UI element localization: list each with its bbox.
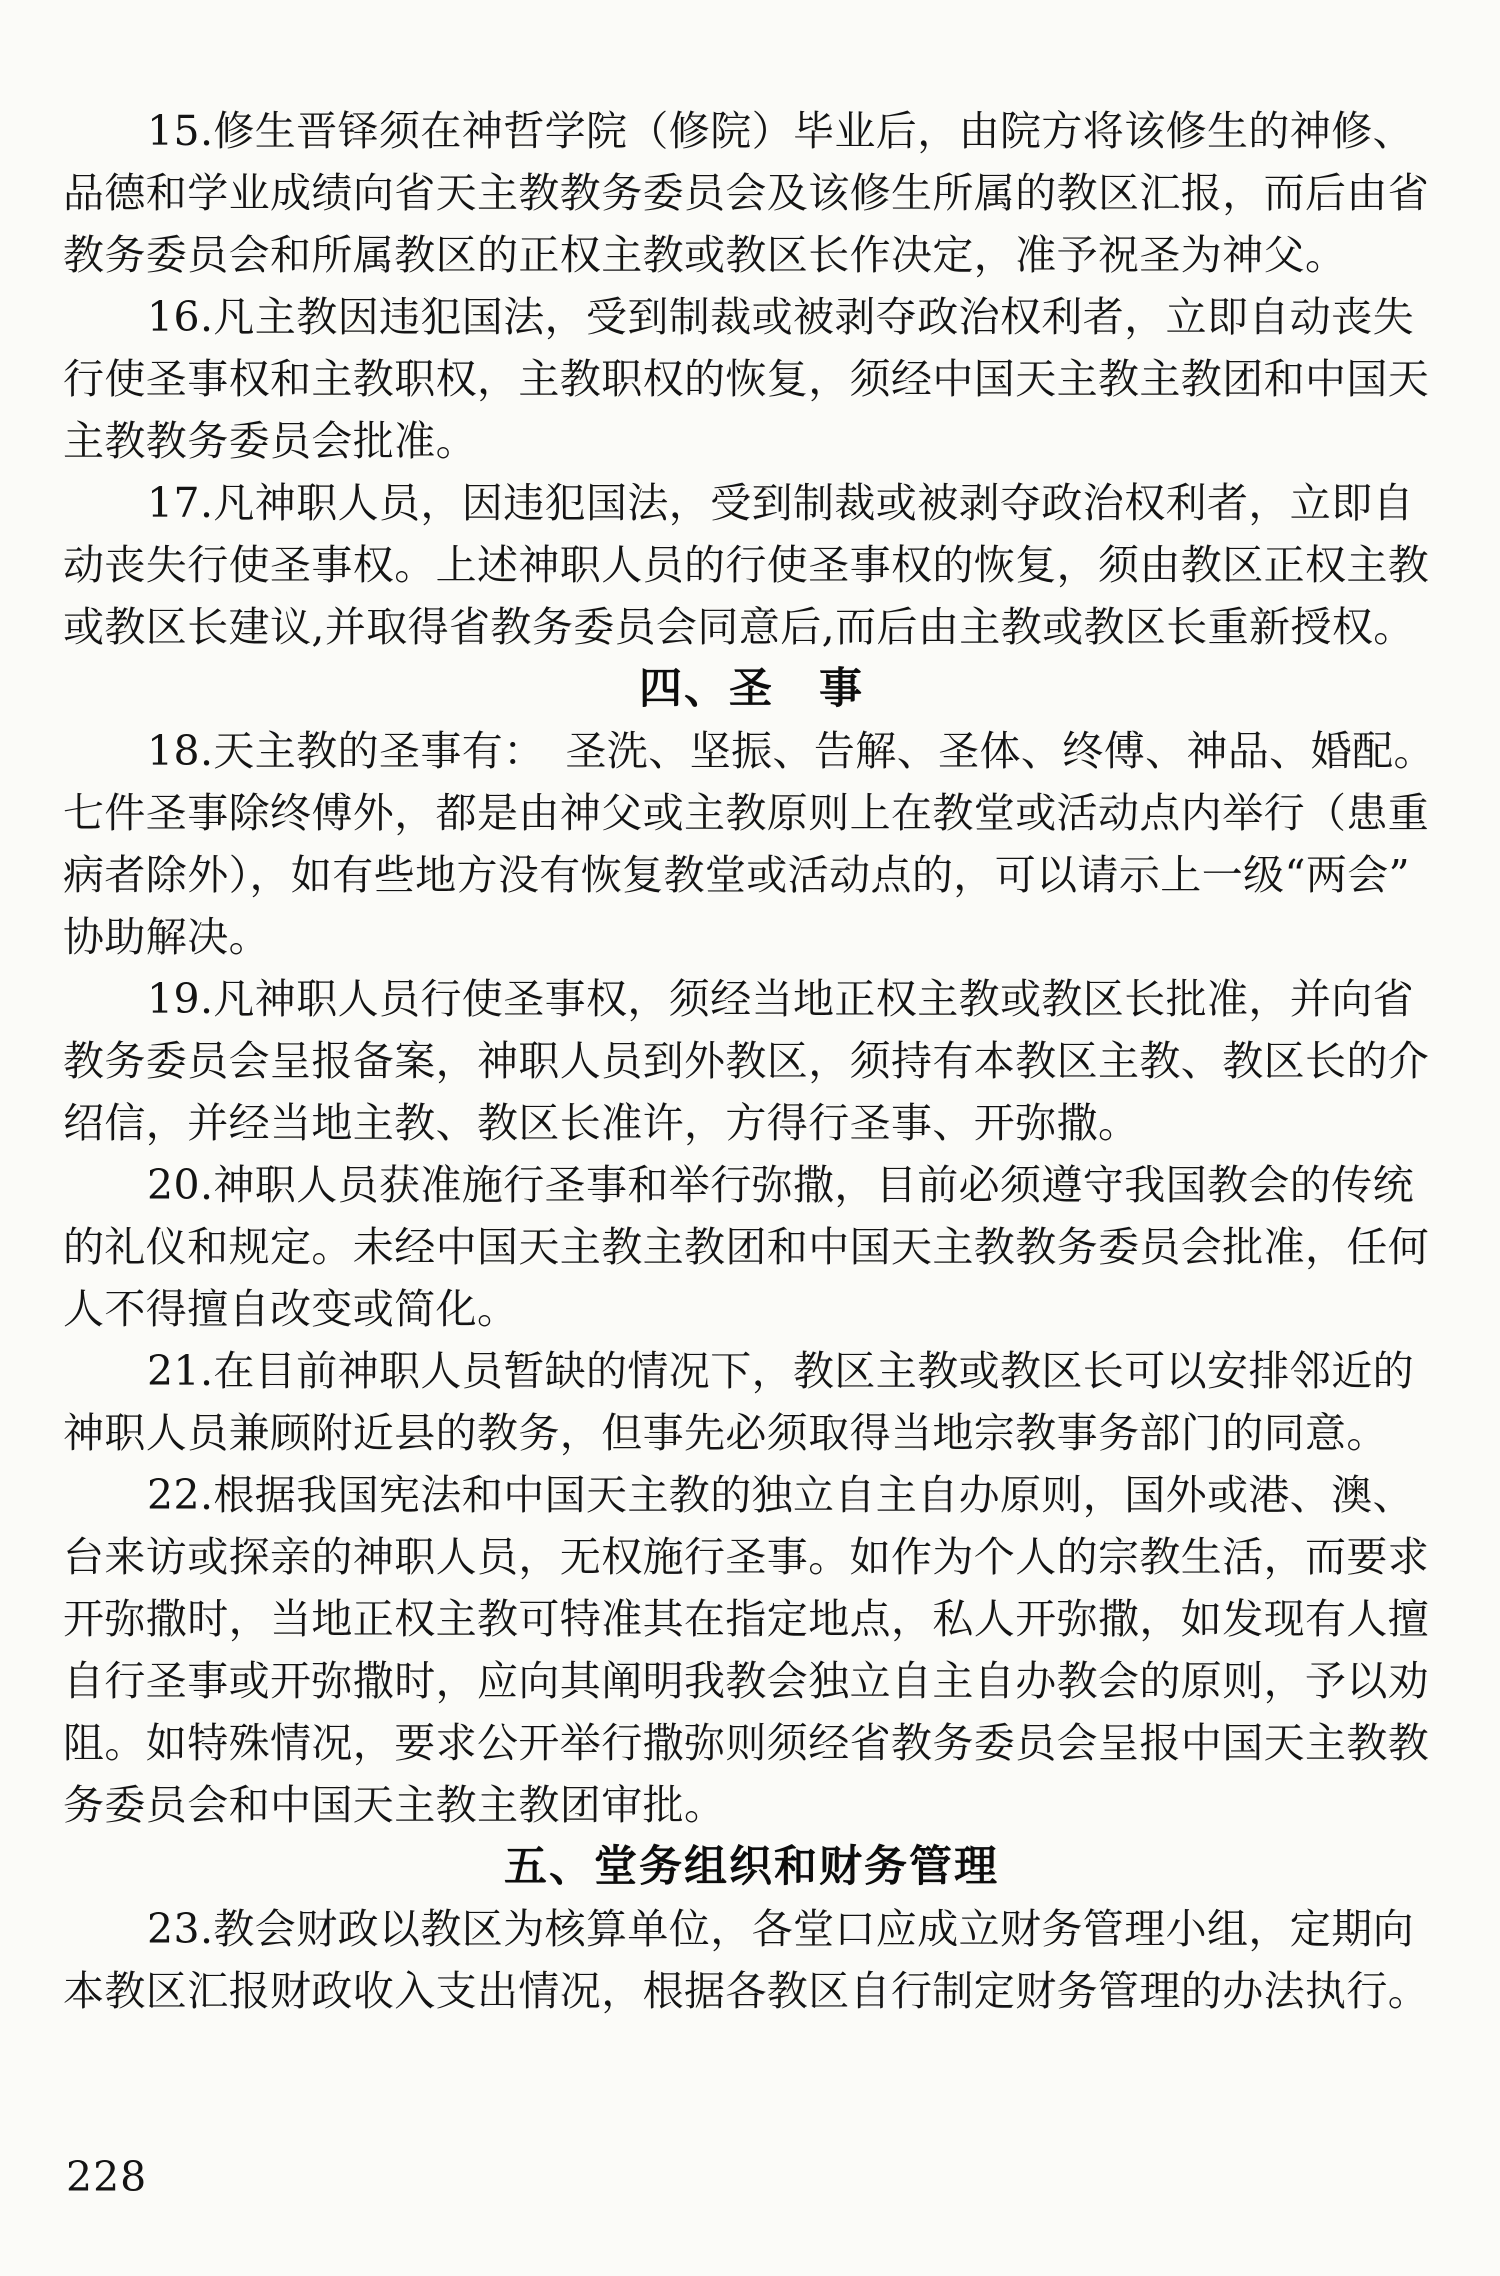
text-line: 台来访或探亲的神职人员，无权施行圣事。如作为个人的宗教生活，而要求	[63, 1526, 1440, 1588]
text-line: 人不得擅自改变或简化。	[63, 1278, 1440, 1340]
text-line: 主教教务委员会批准。	[63, 410, 1440, 472]
text-line: 或教区长建议,并取得省教务委员会同意后,而后由主教或教区长重新授权。	[63, 596, 1440, 658]
text-line: 协助解决。	[63, 906, 1440, 968]
text-line: 品德和学业成绩向省天主教教务委员会及该修生所属的教区汇报，而后由省	[63, 162, 1440, 224]
text-line: 21.在目前神职人员暂缺的情况下，教区主教或教区长可以安排邻近的	[63, 1340, 1440, 1402]
text-line: 阻。如特殊情况，要求公开举行撒弥则须经省教务委员会呈报中国天主教教	[63, 1712, 1440, 1774]
text-line: 七件圣事除终傅外，都是由神父或主教原则上在教堂或活动点内举行（患重	[63, 782, 1440, 844]
text-line: 教务委员会和所属教区的正权主教或教区长作决定，准予祝圣为神父。	[63, 224, 1440, 286]
text-line: 23.教会财政以教区为核算单位，各堂口应成立财务管理小组，定期向	[63, 1898, 1440, 1960]
text-line: 16.凡主教因违犯国法，受到制裁或被剥夺政治权利者，立即自动丧失	[63, 286, 1440, 348]
text-line: 20.神职人员获准施行圣事和举行弥撒，目前必须遵守我国教会的传统	[63, 1154, 1440, 1216]
text-line: 病者除外），如有些地方没有恢复教堂或活动点的，可以请示上一级“两会”	[63, 844, 1440, 906]
text-line: 本教区汇报财政收入支出情况，根据各教区自行制定财务管理的办法执行。	[63, 1960, 1440, 2022]
text-line: 19.凡神职人员行使圣事权，须经当地正权主教或教区长批准，并向省	[63, 968, 1440, 1030]
text-line: 神职人员兼顾附近县的教务，但事先必须取得当地宗教事务部门的同意。	[63, 1402, 1440, 1464]
text-line: 开弥撒时，当地正权主教可特准其在指定地点，私人开弥撒，如发现有人擅	[63, 1588, 1440, 1650]
page-text-column: 15.修生晋铎须在神哲学院（修院）毕业后，由院方将该修生的神修、品德和学业成绩向…	[63, 100, 1440, 2022]
text-line: 22.根据我国宪法和中国天主教的独立自主自办原则，国外或港、澳、	[63, 1464, 1440, 1526]
text-line: 动丧失行使圣事权。上述神职人员的行使圣事权的恢复，须由教区正权主教	[63, 534, 1440, 596]
text-line: 务委员会和中国天主教主教团审批。	[63, 1774, 1440, 1836]
text-line: 教务委员会呈报备案，神职人员到外教区，须持有本教区主教、教区长的介	[63, 1030, 1440, 1092]
section-heading: 五、堂务组织和财务管理	[63, 1836, 1440, 1898]
text-line: 自行圣事或开弥撒时，应向其阐明我教会独立自主自办教会的原则，予以劝	[63, 1650, 1440, 1712]
text-line: 15.修生晋铎须在神哲学院（修院）毕业后，由院方将该修生的神修、	[63, 100, 1440, 162]
text-line: 绍信，并经当地主教、教区长准许，方得行圣事、开弥撒。	[63, 1092, 1440, 1154]
document-page: { "page": { "number": "228", "background…	[0, 0, 1500, 2276]
text-line: 18.天主教的圣事有： 圣洗、坚振、告解、圣体、终傅、神品、婚配。	[63, 720, 1440, 782]
section-heading: 四、圣 事	[63, 658, 1440, 720]
text-line: 的礼仪和规定。未经中国天主教主教团和中国天主教教务委员会批准，任何	[63, 1216, 1440, 1278]
text-line: 行使圣事权和主教职权，主教职权的恢复，须经中国天主教主教团和中国天	[63, 348, 1440, 410]
page-number: 228	[66, 2152, 147, 2202]
text-line: 17.凡神职人员，因违犯国法，受到制裁或被剥夺政治权利者，立即自	[63, 472, 1440, 534]
